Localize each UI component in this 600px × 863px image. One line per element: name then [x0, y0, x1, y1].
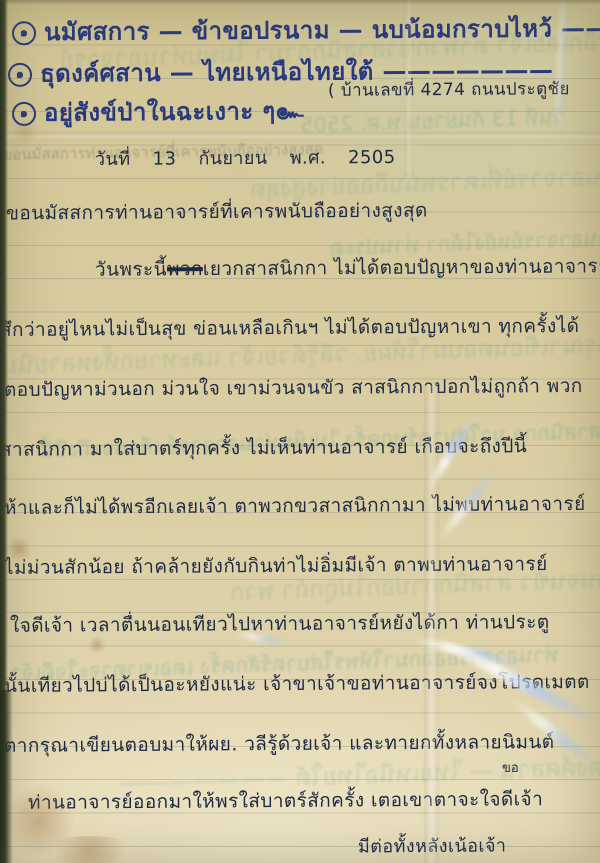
address-note: ( บ้านเลขที่ 4274 ถนนประตูชัย: [328, 75, 570, 104]
salutation-text: อยู่สังข์ป่าในฉะเงาะ ๆ๛: [44, 97, 304, 127]
body-line: นั้นเทียวไปบ่ได้เป็นอะหยังแน่ะ เจ้าขาเจ้…: [4, 667, 590, 701]
body-line: สึกว่าอยู่ไหนไม่เป็นสุข ข่อนเหลือเกินฯ ไ…: [0, 311, 579, 345]
circled-numeral: ๑: [12, 21, 36, 45]
body-line: ไม่ม่วนสักน้อย ถ้าคล้ายยังกับกินท่าไม่อิ…: [4, 549, 548, 583]
horizontal-crease: [0, 132, 600, 141]
salutation-line-1: ๑นมัศสการ — ข้าขอปรนาม — นบน้อมกราบไหว้ …: [12, 8, 600, 52]
body-line: ใจดีเจ้า เวลาตื่นนอนเทียวไปหาท่านอาจารย์…: [10, 607, 550, 641]
body-line: ตอบปัญหาม่วนอก ม่วนใจ เขาม่วนจนขัว สาสนิ…: [4, 371, 583, 405]
closing-note: มีต่อทั้งหลังเน้อเจ้า: [358, 830, 507, 860]
date-line: วันที่ 13 กันยายน พ.ศ. 2505: [95, 142, 396, 173]
salutation-text: นมัศสการ — ข้าขอปรนาม — นบน้อมกราบไหว้ —…: [44, 14, 600, 46]
circled-numeral: ๑: [8, 63, 32, 87]
body-line: สาสนิกกา มาใส่บาตร์ทุกครั้ง ไม่เห็นท่านอ…: [0, 431, 527, 465]
scan-edge-shadow: [0, 690, 13, 863]
letter-page: ห้าและก็ไม่ได้พรอีกเลยเจ้า ตาพวกขวสาสนิก…: [0, 0, 600, 863]
body-line: ตากรุณาเขียนตอบมาให้ผย. วลีรู้ด้วยเจ้า แ…: [4, 727, 555, 761]
circled-numeral: ๑: [12, 102, 36, 126]
paper-stain: [40, 836, 140, 863]
body-text: วันพระนี้: [95, 258, 167, 281]
interlinear-insert-word: ขอ: [502, 757, 519, 778]
body-line: วันพระนี้พวกเยวกสาสนิกกา ไม่ได้ตอบปัญหาข…: [95, 251, 600, 285]
scan-edge-shadow: [0, 0, 600, 5]
body-line: ห้าและก็ไม่ได้พรอีกเลยเจ้า ตาพวกขวสาสนิก…: [4, 489, 586, 523]
salutation-line-3: ๑อยู่สังข์ป่าในฉะเงาะ ๆ๛: [12, 91, 304, 132]
body-line: ท่านอาจารย์ออกมาให้พรใส่บาตร์สักครั้ง เต…: [28, 784, 543, 818]
greeting-line: ขอนมัสสการท่านอาจารย์ที่เคารพนับถืออย่าง…: [6, 196, 428, 229]
bleed-through-text: วันที่ 13 กันยายน พ.ศ. 2505: [300, 100, 566, 142]
body-text: เยวกสาสนิกกา ไม่ได้ตอบปัญหาของท่านอาจารย…: [203, 255, 600, 280]
crossed-out-word: พวก: [167, 258, 203, 280]
